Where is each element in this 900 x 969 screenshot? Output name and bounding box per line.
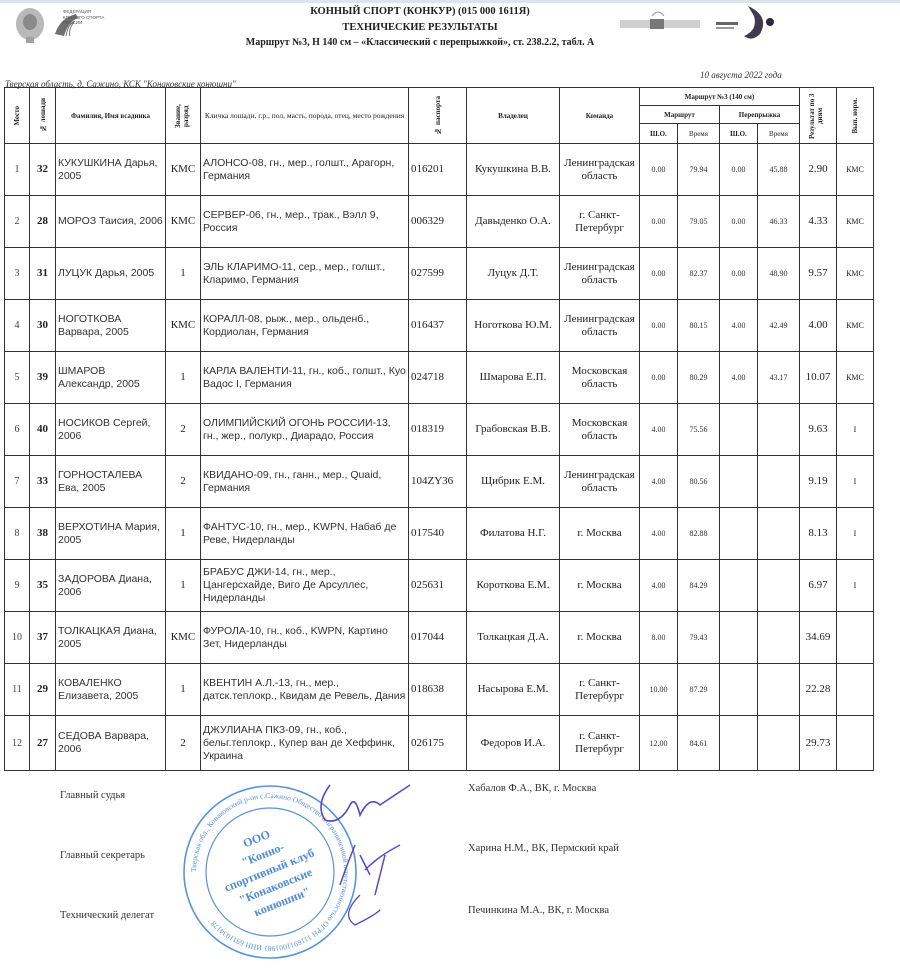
place-cell: 1 bbox=[5, 144, 30, 196]
col-jumpoff-penalties: Ш.О. bbox=[720, 124, 758, 144]
rider-cell: НОГОТКОВА Варвара, 2005 bbox=[56, 300, 166, 352]
technical-delegate-label: Технический делегат bbox=[60, 910, 154, 921]
rider-cell: ГОРНОСТАЛЕВА Ева, 2005 bbox=[56, 456, 166, 508]
rank-cell: 1 bbox=[166, 664, 201, 716]
norm-cell: I bbox=[837, 404, 874, 456]
title-line-1: КОННЫЙ СПОРТ (КОНКУР) (015 000 1611Я) bbox=[200, 4, 640, 20]
col-rank: Звание, разряд bbox=[166, 88, 201, 144]
jumpoff-penalties-cell bbox=[720, 508, 758, 560]
norm-cell: КМС bbox=[837, 144, 874, 196]
col-jumpoff: Перепрыжка bbox=[720, 106, 800, 124]
norm-cell bbox=[837, 612, 874, 664]
route-penalties-cell: 0.00 bbox=[640, 248, 678, 300]
rank-cell: 1 bbox=[166, 560, 201, 612]
result-cell: 34.69 bbox=[800, 612, 837, 664]
norm-cell: КМС bbox=[837, 248, 874, 300]
team-cell: г. Санкт-Петербург bbox=[560, 196, 640, 248]
owner-cell: Толкацкая Д.А. bbox=[467, 612, 560, 664]
col-horse-no: № лошади bbox=[30, 88, 56, 144]
rank-cell: 1 bbox=[166, 248, 201, 300]
table-row: 1129КОВАЛЕНКО Елизавета, 20051КВЕНТИН А.… bbox=[5, 664, 874, 716]
norm-cell: I bbox=[837, 560, 874, 612]
route-time-cell: 79.05 bbox=[678, 196, 720, 248]
team-cell: Ленинградская область bbox=[560, 300, 640, 352]
result-cell: 22.28 bbox=[800, 664, 837, 716]
result-cell: 6.97 bbox=[800, 560, 837, 612]
owner-cell: Луцук Д.Т. bbox=[467, 248, 560, 300]
route-penalties-cell: 4.00 bbox=[640, 404, 678, 456]
team-cell: г. Санкт-Петербург bbox=[560, 664, 640, 716]
title-line-3: Маршрут №3, H 140 см – «Классический с п… bbox=[200, 35, 640, 51]
signatures-ink bbox=[300, 775, 430, 945]
horse-cell: ФАНТУС-10, гн., мер., KWPN, Набаб де Рев… bbox=[201, 508, 409, 560]
jumpoff-penalties-cell bbox=[720, 664, 758, 716]
rider-cell: СЕДОВА Варвара, 2006 bbox=[56, 716, 166, 771]
result-cell: 4.00 bbox=[800, 300, 837, 352]
route-penalties-cell: 0.00 bbox=[640, 144, 678, 196]
owner-cell: Шмарова Е.П. bbox=[467, 352, 560, 404]
horse-number-cell: 38 bbox=[30, 508, 56, 560]
rank-cell: 1 bbox=[166, 508, 201, 560]
col-route-time: Время bbox=[678, 124, 720, 144]
place-cell: 6 bbox=[5, 404, 30, 456]
passport-cell: 026175 bbox=[409, 716, 467, 771]
norm-cell: КМС bbox=[837, 352, 874, 404]
route-penalties-cell: 4.00 bbox=[640, 560, 678, 612]
place-cell: 9 bbox=[5, 560, 30, 612]
result-cell: 9.19 bbox=[800, 456, 837, 508]
jumpoff-time-cell bbox=[758, 508, 800, 560]
route-time-cell: 84.61 bbox=[678, 716, 720, 771]
team-cell: г. Москва bbox=[560, 560, 640, 612]
place-cell: 8 bbox=[5, 508, 30, 560]
result-cell: 9.57 bbox=[800, 248, 837, 300]
route-penalties-cell: 8.00 bbox=[640, 612, 678, 664]
jumpoff-penalties-cell: 0.00 bbox=[720, 248, 758, 300]
rider-cell: ВЕРХОТИНА Мария, 2005 bbox=[56, 508, 166, 560]
horse-cell: ДЖУЛИАНА ПКЗ-09, гн., коб., бельг.теплок… bbox=[201, 716, 409, 771]
rank-cell: КМС bbox=[166, 196, 201, 248]
jumpoff-time-cell: 48.90 bbox=[758, 248, 800, 300]
col-route: Маршрут bbox=[640, 106, 720, 124]
sport-ministry-logo-icon bbox=[716, 6, 774, 39]
jumpoff-time-cell: 46.33 bbox=[758, 196, 800, 248]
result-cell: 29.73 bbox=[800, 716, 837, 771]
chief-judge-name: Хабалов Ф.А., ВК, г. Москва bbox=[468, 783, 596, 794]
col-group-route3: Маршрут №3 (140 см) bbox=[640, 88, 800, 106]
owner-cell: Давыденко О.А. bbox=[467, 196, 560, 248]
team-cell: Ленинградская область bbox=[560, 248, 640, 300]
jumpoff-time-cell bbox=[758, 404, 800, 456]
owner-cell: Федоров И.А. bbox=[467, 716, 560, 771]
horse-number-cell: 32 bbox=[30, 144, 56, 196]
chief-secretary-label: Главный секретарь bbox=[60, 850, 145, 861]
place-cell: 4 bbox=[5, 300, 30, 352]
team-cell: Ленинградская область bbox=[560, 456, 640, 508]
place-cell: 10 bbox=[5, 612, 30, 664]
table-row: 539ШМАРОВ Александр, 20051КАРЛА ВАЛЕНТИ-… bbox=[5, 352, 874, 404]
rank-cell: 1 bbox=[166, 352, 201, 404]
norm-cell: КМС bbox=[837, 196, 874, 248]
jumpoff-penalties-cell: 4.00 bbox=[720, 352, 758, 404]
jumpoff-penalties-cell bbox=[720, 612, 758, 664]
rider-cell: КУКУШКИНА Дарья, 2005 bbox=[56, 144, 166, 196]
horse-cell: ОЛИМПИЙСКИЙ ОГОНЬ РОССИИ-13, гн., жер., … bbox=[201, 404, 409, 456]
col-passport: № паспорта bbox=[409, 88, 467, 144]
rider-cell: КОВАЛЕНКО Елизавета, 2005 bbox=[56, 664, 166, 716]
passport-cell: 016201 bbox=[409, 144, 467, 196]
owner-cell: Филатова Н.Г. bbox=[467, 508, 560, 560]
route-time-cell: 80.56 bbox=[678, 456, 720, 508]
col-route-penalties: Ш.О. bbox=[640, 124, 678, 144]
col-jumpoff-time: Время bbox=[758, 124, 800, 144]
route-time-cell: 87.29 bbox=[678, 664, 720, 716]
route-time-cell: 79.43 bbox=[678, 612, 720, 664]
rank-cell: 2 bbox=[166, 456, 201, 508]
result-cell: 10.07 bbox=[800, 352, 837, 404]
place-cell: 11 bbox=[5, 664, 30, 716]
norm-cell: КМС bbox=[837, 300, 874, 352]
jumpoff-time-cell: 45.88 bbox=[758, 144, 800, 196]
jumpoff-penalties-cell bbox=[720, 716, 758, 771]
horse-number-cell: 27 bbox=[30, 716, 56, 771]
rank-cell: КМС bbox=[166, 612, 201, 664]
horse-cell: СЕРВЕР-06, гн., мер., трак., Вэлл 9, Рос… bbox=[201, 196, 409, 248]
horse-number-cell: 31 bbox=[30, 248, 56, 300]
route-time-cell: 79.94 bbox=[678, 144, 720, 196]
passport-cell: 027599 bbox=[409, 248, 467, 300]
result-cell: 4.33 bbox=[800, 196, 837, 248]
passport-cell: 017540 bbox=[409, 508, 467, 560]
emblem-icon bbox=[16, 8, 44, 43]
jumpoff-penalties-cell: 0.00 bbox=[720, 144, 758, 196]
rider-cell: МОРОЗ Таисия, 2006 bbox=[56, 196, 166, 248]
owner-cell: Кукушкина В.В. bbox=[467, 144, 560, 196]
route-penalties-cell: 0.00 bbox=[640, 352, 678, 404]
team-cell: Московская область bbox=[560, 404, 640, 456]
team-cell: г. Санкт-Петербург bbox=[560, 716, 640, 771]
place-cell: 5 bbox=[5, 352, 30, 404]
table-row: 935ЗАДОРОВА Диана, 20061БРАБУС ДЖИ-14, г… bbox=[5, 560, 874, 612]
route-penalties-cell: 0.00 bbox=[640, 196, 678, 248]
result-cell: 8.13 bbox=[800, 508, 837, 560]
col-horse: Кличка лошади, г.р., пол, масть, порода,… bbox=[201, 88, 409, 144]
jumpoff-penalties-cell bbox=[720, 456, 758, 508]
place-cell: 12 bbox=[5, 716, 30, 771]
horse-number-cell: 35 bbox=[30, 560, 56, 612]
horse-number-cell: 40 bbox=[30, 404, 56, 456]
team-cell: г. Москва bbox=[560, 508, 640, 560]
event-date: 10 августа 2022 года bbox=[700, 70, 782, 80]
horse-cell: ФУРОЛА-10, гн., коб., KWPN, Картино Зет,… bbox=[201, 612, 409, 664]
horse-number-cell: 37 bbox=[30, 612, 56, 664]
title-line-2: ТЕХНИЧЕСКИЕ РЕЗУЛЬТАТЫ bbox=[200, 20, 640, 36]
rider-cell: ЗАДОРОВА Диана, 2006 bbox=[56, 560, 166, 612]
owner-cell: Щибрик Е.М. bbox=[467, 456, 560, 508]
rider-cell: ЛУЦУК Дарья, 2005 bbox=[56, 248, 166, 300]
table-row: 1037ТОЛКАЦКАЯ Диана, 2005КМСФУРОЛА-10, г… bbox=[5, 612, 874, 664]
route-penalties-cell: 10.00 bbox=[640, 664, 678, 716]
rider-cell: ТОЛКАЦКАЯ Диана, 2005 bbox=[56, 612, 166, 664]
col-team: Команда bbox=[560, 88, 640, 144]
route-penalties-cell: 12.00 bbox=[640, 716, 678, 771]
rank-cell: КМС bbox=[166, 300, 201, 352]
norm-cell bbox=[837, 716, 874, 771]
sponsor-logos bbox=[620, 2, 780, 44]
passport-cell: 104ZY36 bbox=[409, 456, 467, 508]
passport-cell: 006329 bbox=[409, 196, 467, 248]
result-cell: 2.90 bbox=[800, 144, 837, 196]
horse-number-cell: 28 bbox=[30, 196, 56, 248]
chief-secretary-name: Харина Н.М., ВК, Пермский край bbox=[468, 843, 619, 854]
jumpoff-time-cell bbox=[758, 560, 800, 612]
jumpoff-time-cell bbox=[758, 456, 800, 508]
horse-cell: АЛОНСО-08, гн., мер., голшт., Арагорн, Г… bbox=[201, 144, 409, 196]
team-cell: Ленинградская область bbox=[560, 144, 640, 196]
table-row: 430НОГОТКОВА Варвара, 2005КМСКОРАЛЛ-08, … bbox=[5, 300, 874, 352]
horse-cell: КВИДАНО-09, гн., ганн., мер., Quaid, Гер… bbox=[201, 456, 409, 508]
document-title: КОННЫЙ СПОРТ (КОНКУР) (015 000 1611Я) ТЕ… bbox=[200, 4, 640, 51]
col-rider: Фамилия, Имя всадника bbox=[56, 88, 166, 144]
jumpoff-time-cell bbox=[758, 716, 800, 771]
owner-cell: Короткова Е.М. bbox=[467, 560, 560, 612]
table-row: 733ГОРНОСТАЛЕВА Ева, 20052КВИДАНО-09, гн… bbox=[5, 456, 874, 508]
technical-delegate-name: Печинкина М.А., ВК, г. Москва bbox=[468, 905, 609, 916]
table-row: 838ВЕРХОТИНА Мария, 20051ФАНТУС-10, гн.,… bbox=[5, 508, 874, 560]
jumpoff-penalties-cell bbox=[720, 560, 758, 612]
table-row: 132КУКУШКИНА Дарья, 2005КМСАЛОНСО-08, гн… bbox=[5, 144, 874, 196]
konakovskie-konyushni-logo-icon bbox=[620, 12, 700, 29]
horse-cell: БРАБУС ДЖИ-14, гн., мер., Цангерсхайде, … bbox=[201, 560, 409, 612]
passport-cell: 024718 bbox=[409, 352, 467, 404]
horse-number-cell: 33 bbox=[30, 456, 56, 508]
rank-cell: КМС bbox=[166, 144, 201, 196]
jumpoff-time-cell bbox=[758, 612, 800, 664]
col-place: Место bbox=[5, 88, 30, 144]
team-cell: г. Москва bbox=[560, 612, 640, 664]
rank-cell: 2 bbox=[166, 404, 201, 456]
table-row: 640НОСИКОВ Сергей, 20062ОЛИМПИЙСКИЙ ОГОН… bbox=[5, 404, 874, 456]
horse-cell: КОРАЛЛ-08, рыж., мер., ольденб., Кордиол… bbox=[201, 300, 409, 352]
horse-cell: КВЕНТИН А.Л.-13, гн., мер., датск.теплок… bbox=[201, 664, 409, 716]
norm-cell: I bbox=[837, 508, 874, 560]
jumpoff-time-cell: 43.17 bbox=[758, 352, 800, 404]
results-table: Место № лошади Фамилия, Имя всадника Зва… bbox=[4, 87, 874, 771]
table-row: 228МОРОЗ Таисия, 2006КМССЕРВЕР-06, гн., … bbox=[5, 196, 874, 248]
jumpoff-penalties-cell bbox=[720, 404, 758, 456]
route-time-cell: 82.88 bbox=[678, 508, 720, 560]
col-owner: Владелец bbox=[467, 88, 560, 144]
route-penalties-cell: 4.00 bbox=[640, 508, 678, 560]
route-penalties-cell: 4.00 bbox=[640, 456, 678, 508]
owner-cell: Грабовская В.В. bbox=[467, 404, 560, 456]
passport-cell: 018638 bbox=[409, 664, 467, 716]
horse-cell: КАРЛА ВАЛЕНТИ-11, гн., коб., голшт., Куо… bbox=[201, 352, 409, 404]
owner-cell: Насырова Е.М. bbox=[467, 664, 560, 716]
route-time-cell: 80.29 bbox=[678, 352, 720, 404]
team-cell: Московская область bbox=[560, 352, 640, 404]
jumpoff-time-cell bbox=[758, 664, 800, 716]
place-cell: 3 bbox=[5, 248, 30, 300]
passport-cell: 016437 bbox=[409, 300, 467, 352]
rider-cell: ШМАРОВ Александр, 2005 bbox=[56, 352, 166, 404]
place-cell: 7 bbox=[5, 456, 30, 508]
jumpoff-time-cell: 42.49 bbox=[758, 300, 800, 352]
table-row: 331ЛУЦУК Дарья, 20051ЭЛЬ КЛАРИМО-11, сер… bbox=[5, 248, 874, 300]
passport-cell: 017044 bbox=[409, 612, 467, 664]
rank-cell: 2 bbox=[166, 716, 201, 771]
result-cell: 9.63 bbox=[800, 404, 837, 456]
chief-judge-label: Главный судья bbox=[60, 790, 125, 801]
horse-number-cell: 39 bbox=[30, 352, 56, 404]
route-penalties-cell: 0.00 bbox=[640, 300, 678, 352]
col-norm: Вып. норм. bbox=[837, 88, 874, 144]
route-time-cell: 80.15 bbox=[678, 300, 720, 352]
route-time-cell: 82.37 bbox=[678, 248, 720, 300]
horse-number-cell: 29 bbox=[30, 664, 56, 716]
jumpoff-penalties-cell: 4.00 bbox=[720, 300, 758, 352]
passport-cell: 025631 bbox=[409, 560, 467, 612]
rider-cell: НОСИКОВ Сергей, 2006 bbox=[56, 404, 166, 456]
horse-number-cell: 30 bbox=[30, 300, 56, 352]
place-cell: 2 bbox=[5, 196, 30, 248]
norm-cell: I bbox=[837, 456, 874, 508]
owner-cell: Ноготкова Ю.М. bbox=[467, 300, 560, 352]
norm-cell bbox=[837, 664, 874, 716]
route-time-cell: 75.56 bbox=[678, 404, 720, 456]
passport-cell: 018319 bbox=[409, 404, 467, 456]
col-result: Результат по 3 дням bbox=[800, 88, 837, 144]
horse-cell: ЭЛЬ КЛАРИМО-11, сер., мер., голшт., Клар… bbox=[201, 248, 409, 300]
federation-name: ФЕДЕРАЦИЯ КОННОГО СПОРТА РОССИИ bbox=[63, 9, 104, 26]
table-row: 1227СЕДОВА Варвара, 20062ДЖУЛИАНА ПКЗ-09… bbox=[5, 716, 874, 771]
jumpoff-penalties-cell: 0.00 bbox=[720, 196, 758, 248]
route-time-cell: 84.29 bbox=[678, 560, 720, 612]
